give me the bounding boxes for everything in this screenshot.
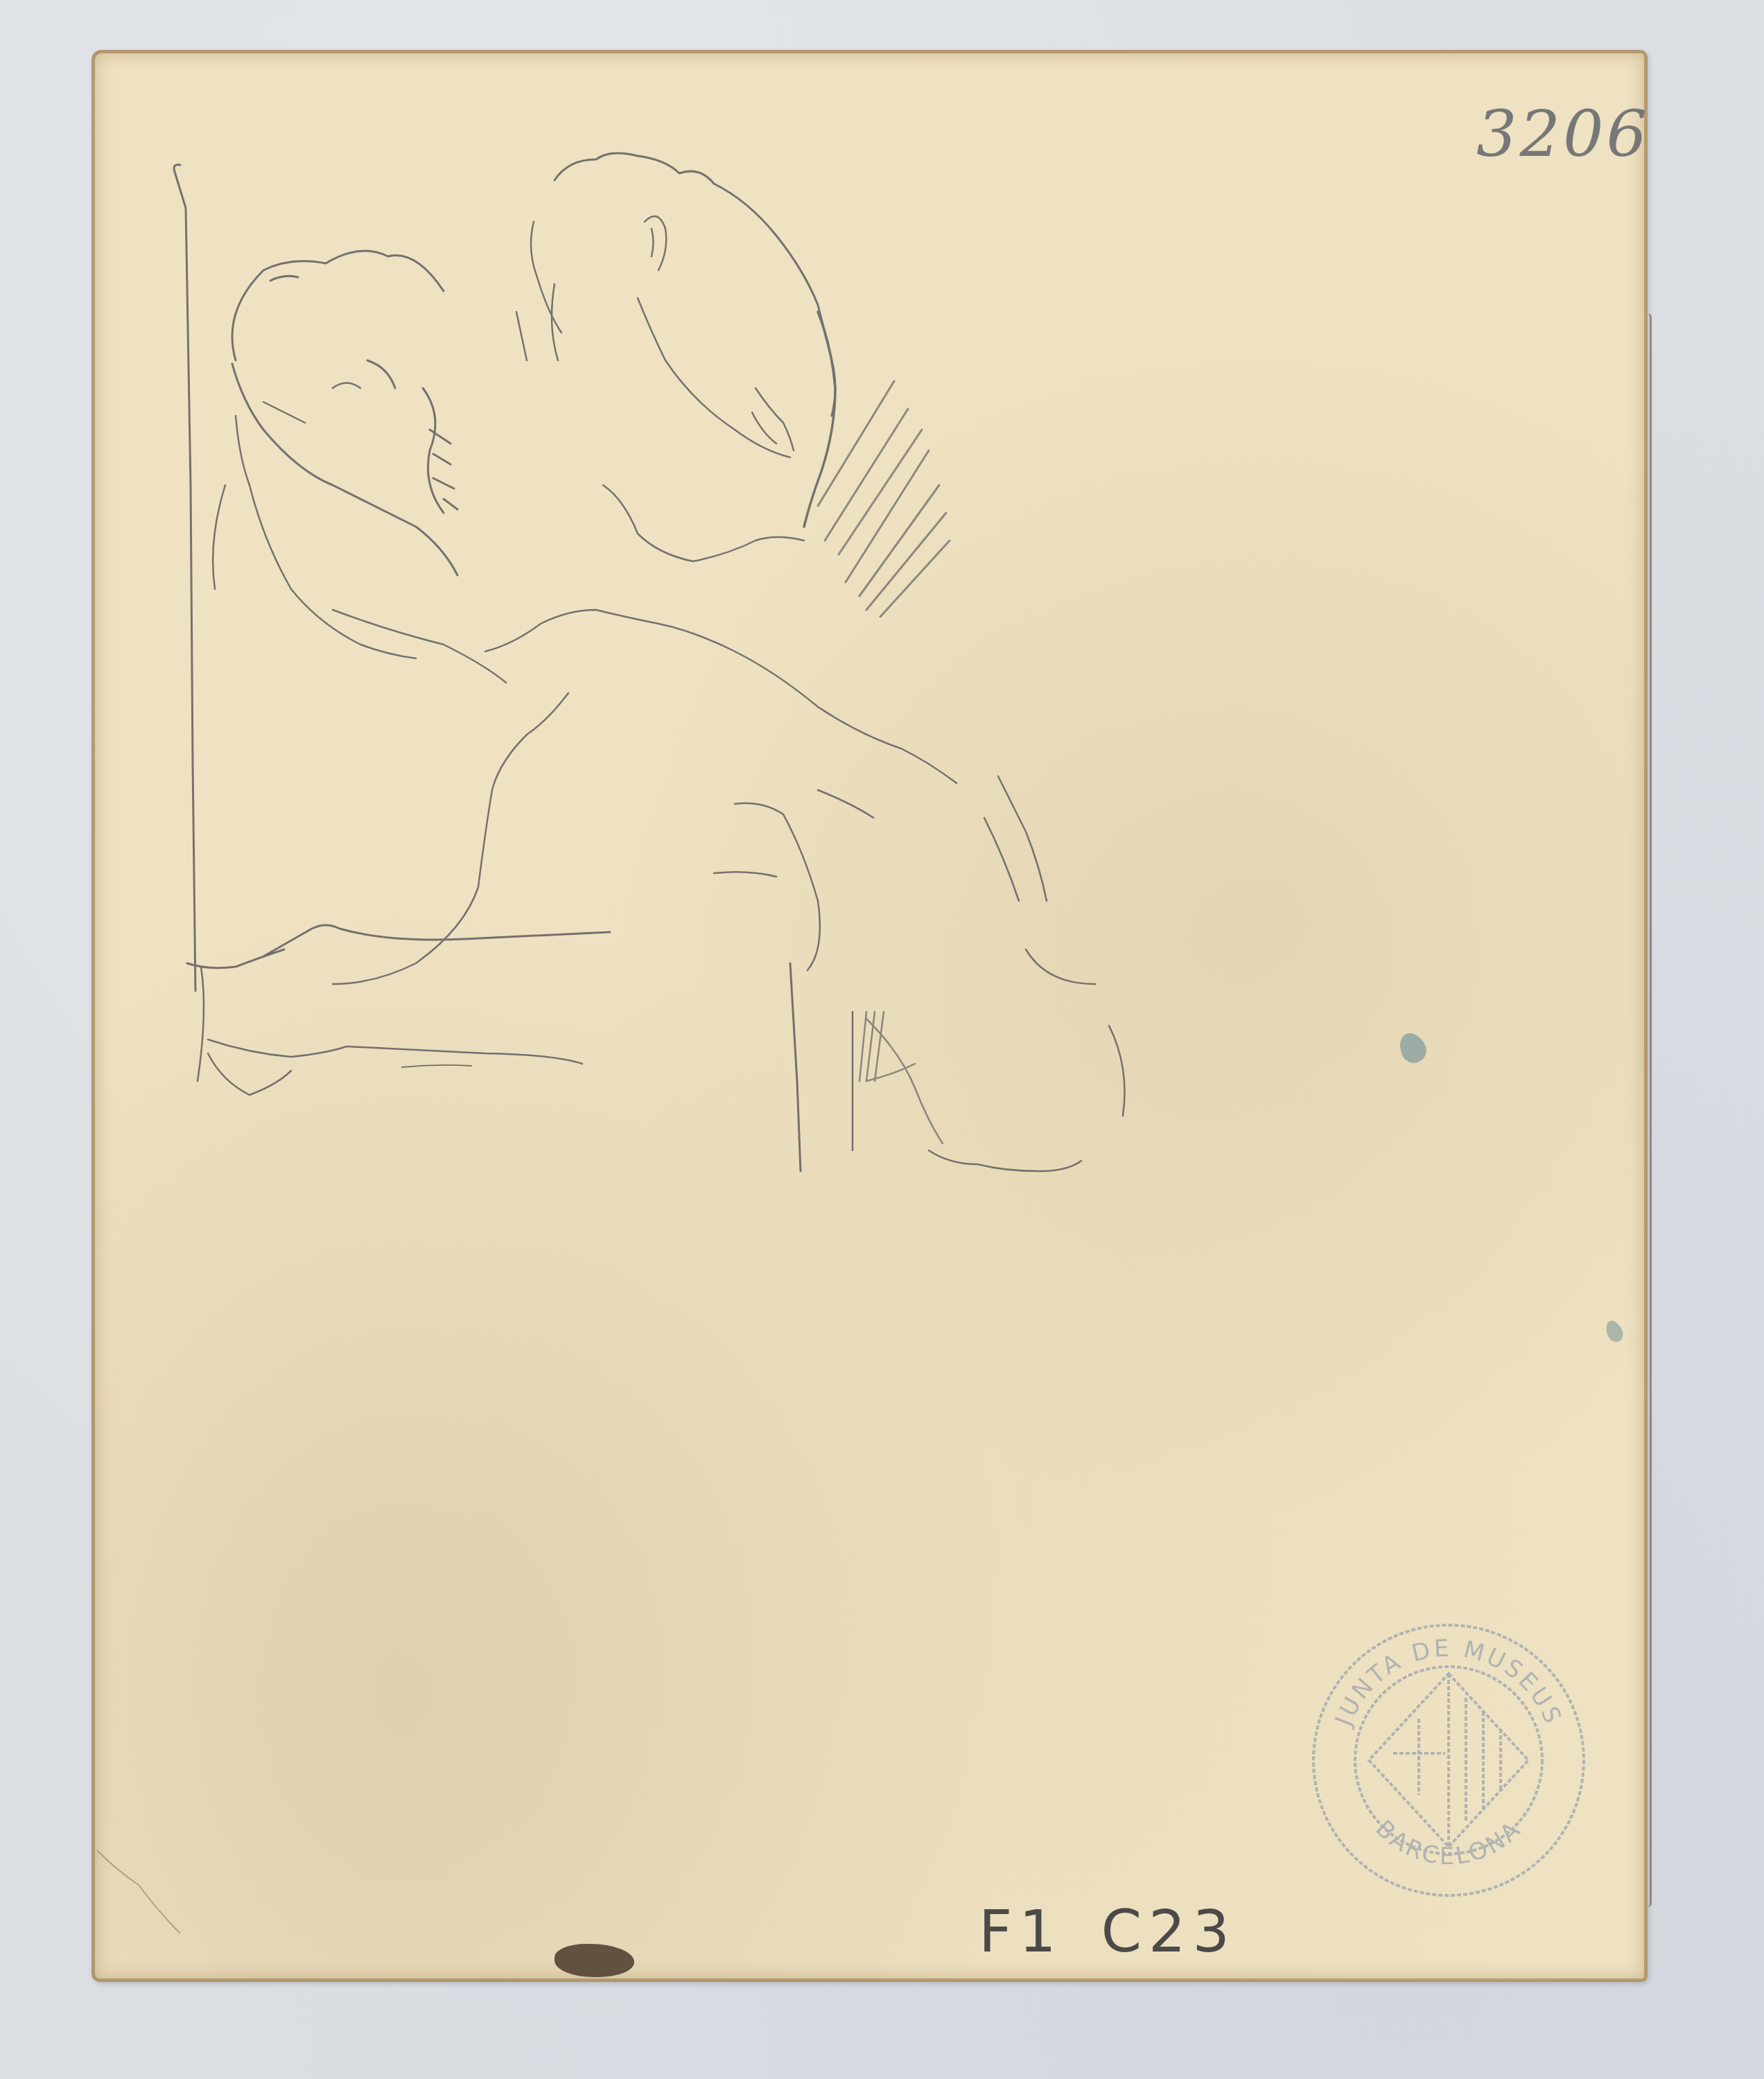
paper-edge-layer [1643, 313, 1652, 1907]
inventory-number: 3206 [1476, 97, 1650, 171]
archive-stamp: JUNTA DE MUSEUS BARCELONA [1303, 1615, 1594, 1906]
catalog-label: F1 C23 [979, 1897, 1237, 1965]
